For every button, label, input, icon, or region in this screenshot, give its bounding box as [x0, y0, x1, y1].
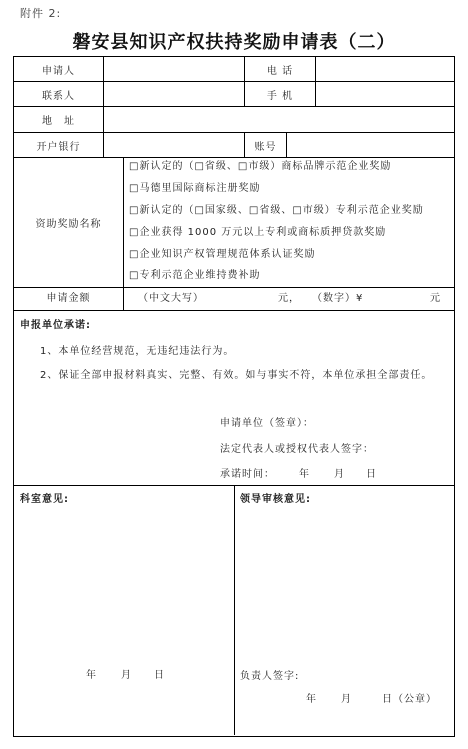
- contact-label: 联系人: [14, 82, 103, 106]
- address-label: 地 址: [14, 107, 103, 132]
- leader-sign-label: 负责人签字:: [240, 667, 299, 682]
- commit-day: 日: [366, 465, 377, 480]
- award-option[interactable]: □新认定的（□省级、□市级）商标品牌示范企业奖励: [129, 157, 391, 172]
- dept-month: 月: [121, 666, 132, 681]
- award-option[interactable]: □企业获得 1000 万元以上专利或商标质押贷款奖励: [129, 223, 386, 238]
- rep-sign-label: 法定代表人或授权代表人签字：: [220, 440, 374, 455]
- amount-digits-label: （数字）¥: [312, 289, 363, 304]
- commitment-heading: 申报单位承诺:: [20, 316, 91, 331]
- amount-yuan-label-2: 元: [430, 289, 441, 304]
- mobile-label: 手 机: [245, 82, 315, 106]
- leader-month: 月: [341, 690, 352, 705]
- leader-opinion-heading: 领导审核意见:: [240, 490, 311, 505]
- unit-seal-label: 申请单位（签章）：: [220, 414, 314, 429]
- award-option[interactable]: □马德里国际商标注册奖励: [129, 179, 260, 194]
- leader-year: 年: [306, 690, 317, 705]
- commitment-item: 2、保证全部申报材料真实、完整、有效。如与事实不符，本单位承担全部责任。: [40, 366, 432, 381]
- bank-label: 开户银行: [14, 133, 103, 157]
- award-name-label: 资助奖励名称: [14, 158, 123, 287]
- commit-month: 月: [334, 465, 345, 480]
- applicant-field[interactable]: [104, 57, 244, 81]
- address-field[interactable]: [104, 107, 453, 132]
- page-title: 磐安县知识产权扶持奖励申请表（二）: [0, 28, 468, 54]
- contact-field[interactable]: [104, 82, 244, 106]
- account-label: 账号: [245, 133, 286, 157]
- amount-label: 申请金额: [14, 288, 123, 304]
- amount-yuan-label: 元，: [278, 289, 300, 304]
- phone-label: 电 话: [245, 57, 315, 81]
- dept-day: 日: [154, 666, 165, 681]
- dept-opinion-heading: 科室意见:: [20, 490, 69, 505]
- account-field[interactable]: [287, 133, 453, 157]
- leader-day-seal: 日（公章）: [382, 690, 437, 705]
- phone-field[interactable]: [316, 57, 453, 81]
- bank-field[interactable]: [104, 133, 244, 157]
- applicant-label: 申请人: [14, 57, 103, 81]
- commitment-item: 1、本单位经营规范，无违纪违法行为。: [40, 342, 234, 357]
- commit-year: 年: [299, 465, 310, 480]
- award-option[interactable]: □专利示范企业维持费补助: [129, 266, 260, 281]
- attachment-label: 附件 2:: [20, 5, 61, 21]
- commit-time-label: 承诺时间：: [220, 465, 275, 480]
- award-option[interactable]: □企业知识产权管理规范体系认证奖励: [129, 245, 315, 260]
- award-option[interactable]: □新认定的（□国家级、□省级、□市级）专利示范企业奖励: [129, 201, 424, 216]
- dept-year: 年: [86, 666, 97, 681]
- amount-chinese-label: （中文大写）: [138, 289, 204, 304]
- mobile-field[interactable]: [316, 82, 453, 106]
